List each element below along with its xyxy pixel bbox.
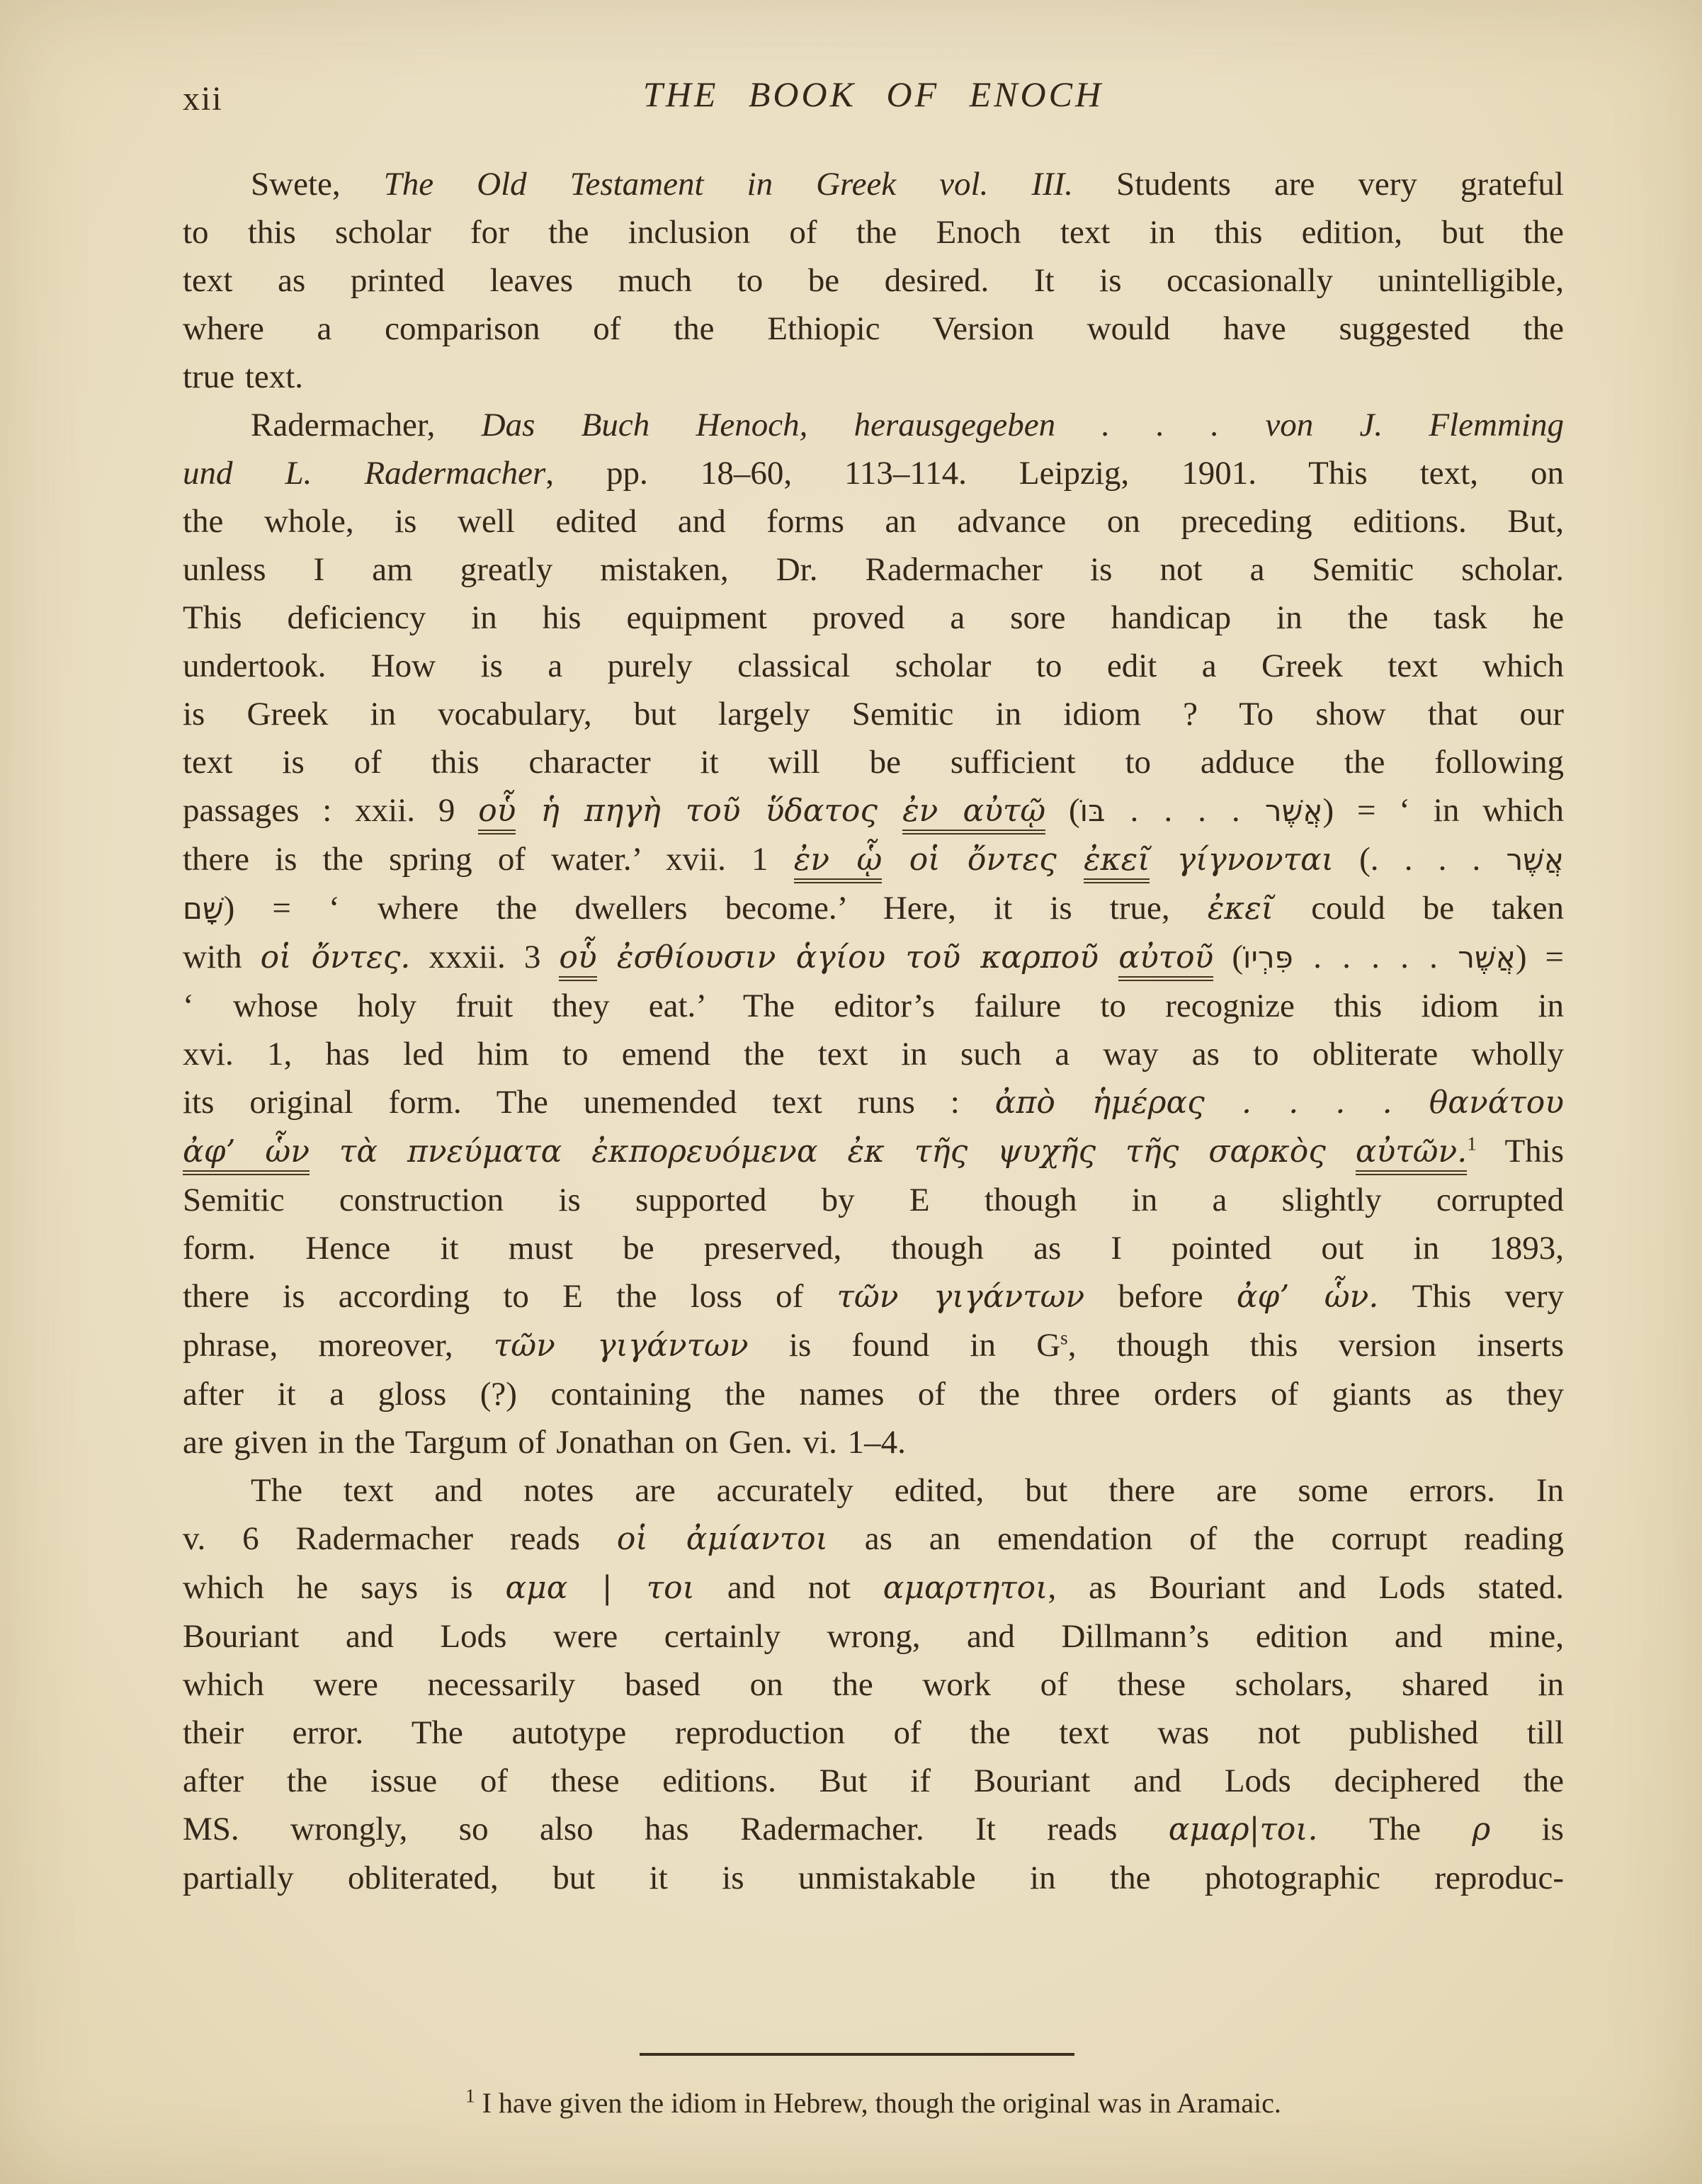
greek-text: οὗ (559, 939, 596, 981)
greek-text: τῶν γιγάντων (837, 1279, 1085, 1315)
greek-text: αμαρτητοι (883, 1570, 1048, 1606)
text-segment: form. Hence it must be preserved, though… (183, 1230, 1564, 1267)
text-line: text is of this character it will be suf… (183, 738, 1564, 786)
book-page: xii THE BOOK OF ENOCH Swete, The Old Tes… (0, 0, 1702, 2184)
text-segment: there is according to E the loss of (183, 1278, 837, 1315)
text-segment: ) = ‘ in which (1322, 792, 1564, 829)
text-segment: xvi. 1, has led him to emend the text in… (183, 1036, 1564, 1073)
hebrew-text: אֲשֶׁר . . . . בּוֹ (1080, 793, 1323, 828)
text-segment: Radermacher, (251, 407, 482, 443)
text-segment: is found in G (749, 1327, 1061, 1364)
text-segment: the whole, is well edited and forms an a… (183, 503, 1564, 540)
text-line: with οἱ ὄντες. xxxii. 3 οὗ ἐσθίουσιν ἁγί… (183, 933, 1564, 982)
text-line: its original form. The unemended text ru… (183, 1078, 1564, 1127)
text-line: their error. The autotype reproduction o… (183, 1709, 1564, 1757)
greek-text: ἐσθίουσιν ἁγίου τοῦ καρποῦ (597, 939, 1119, 975)
greek-text: οὗ (478, 793, 516, 834)
text-segment: ) = (1516, 939, 1564, 975)
text-line: passages : xxii. 9 οὗ ἡ πηγὴ τοῦ ὕδατος … (183, 786, 1564, 835)
greek-text: ρ (1472, 1811, 1490, 1848)
text-line: Swete, The Old Testament in Greek vol. I… (183, 160, 1564, 208)
text-segment: xxxii. 3 (410, 939, 559, 975)
greek-text: οἱ ἀμίαντοι (617, 1521, 828, 1557)
greek-text: ἀπὸ ἡμέρας . . . . θανάτου (995, 1085, 1564, 1121)
page-body: Swete, The Old Testament in Greek vol. I… (183, 160, 1564, 1902)
text-line: ἀφ’ ὧν τὰ πνεύματα ἐκπορευόμενα ἐκ τῆς ψ… (183, 1127, 1564, 1176)
text-segment: , as Bouriant and Lods stated. (1048, 1569, 1564, 1606)
text-segment: unless I am greatly mistaken, Dr. Raderm… (183, 551, 1564, 588)
text-segment: Students are very grateful (1073, 166, 1564, 203)
greek-text: τὰ πνεύματα ἐκπορευόμενα ἐκ τῆς ψυχῆς τῆ… (310, 1133, 1356, 1170)
text-segment: which he says is (183, 1569, 505, 1606)
text-segment: to this scholar for the inclusion of the… (183, 214, 1564, 251)
text-line: where a comparison of the Ethiopic Versi… (183, 305, 1564, 353)
text-segment: as an emendation of the corrupt reading (828, 1520, 1564, 1557)
text-segment: is (1490, 1811, 1564, 1848)
greek-text: ἐκεῖ (1208, 890, 1273, 927)
text-segment: after it a gloss (?) containing the name… (183, 1376, 1564, 1413)
text-segment: which were necessarily based on the work… (183, 1666, 1564, 1703)
hebrew-text: אֲשֶׁר (1506, 842, 1564, 877)
text-segment: after the issue of these editions. But i… (183, 1763, 1564, 1799)
text-line: is Greek in vocabulary, but largely Semi… (183, 690, 1564, 738)
text-line: are given in the Targum of Jonathan on G… (183, 1418, 1564, 1466)
text-segment: This very (1378, 1278, 1564, 1315)
greek-text: ἐκεῖ (1084, 842, 1150, 883)
text-segment: with (183, 939, 261, 975)
text-segment: its original form. The unemended text ru… (183, 1084, 995, 1121)
text-line: phrase, moreover, τῶν γιγάντων is found … (183, 1321, 1564, 1370)
text-line: ‘ whose holy fruit they eat.’ The editor… (183, 982, 1564, 1030)
text-segment: there is the spring of water.’ xvii. 1 (183, 841, 794, 878)
text-segment: The text and notes are accurately edited… (251, 1472, 1564, 1509)
greek-text: οἱ ὄντες. (261, 939, 411, 975)
text-segment: This deficiency in his equipment proved … (183, 599, 1564, 636)
text-line: unless I am greatly mistaken, Dr. Raderm… (183, 545, 1564, 594)
italic-title-text: Das Buch Henoch, herausgegeben . . . von… (482, 407, 1564, 443)
text-line: Semitic construction is supported by E t… (183, 1176, 1564, 1224)
text-line: which were necessarily based on the work… (183, 1660, 1564, 1709)
text-line: The text and notes are accurately edited… (183, 1466, 1564, 1515)
text-line: v. 6 Radermacher reads οἱ ἀμίαντοι as an… (183, 1515, 1564, 1563)
text-line: the whole, is well edited and forms an a… (183, 497, 1564, 545)
text-segment: , though this version inserts (1068, 1327, 1564, 1364)
text-line: partially obliterated, but it is unmista… (183, 1854, 1564, 1902)
footnote-marker: 1 (465, 2086, 475, 2107)
footnote-text: I have given the idiom in Hebrew, though… (475, 2087, 1281, 2119)
greek-text: τῶν γιγάντων (494, 1328, 749, 1364)
text-segment: where a comparison of the Ethiopic Versi… (183, 310, 1564, 347)
footnote-rule (640, 2053, 1074, 2056)
text-segment: The (1318, 1811, 1473, 1848)
text-segment: Semitic construction is supported by E t… (183, 1182, 1564, 1218)
text-line: undertook. How is a purely classical sch… (183, 642, 1564, 690)
text-segment: their error. The autotype reproduction o… (183, 1714, 1564, 1751)
text-line: xvi. 1, has led him to emend the text in… (183, 1030, 1564, 1078)
superscript-marker: 1 (1467, 1133, 1477, 1154)
greek-text: αμαρ|τοι. (1169, 1811, 1318, 1848)
greek-text: αμα | τοι (505, 1570, 694, 1606)
text-line: This deficiency in his equipment proved … (183, 594, 1564, 642)
greek-text: γίγνονται (1150, 842, 1334, 878)
text-segment: text is of this character it will be suf… (183, 744, 1564, 781)
text-segment: before (1084, 1278, 1237, 1315)
text-segment: v. 6 Radermacher reads (183, 1520, 617, 1557)
text-segment: MS. wrongly, so also has Radermacher. It… (183, 1811, 1169, 1848)
text-line: MS. wrongly, so also has Radermacher. It… (183, 1805, 1564, 1854)
text-line: text as printed leaves much to be desire… (183, 256, 1564, 305)
greek-text: ἀφ’ ὧν. (1237, 1279, 1379, 1315)
greek-text: αὐτῶν. (1356, 1133, 1467, 1175)
greek-text: ἐν ᾧ (794, 842, 883, 883)
text-segment: is Greek in vocabulary, but largely Semi… (183, 696, 1564, 732)
text-segment: Swete, (251, 166, 384, 203)
text-segment: ( (1045, 792, 1079, 829)
text-segment: This (1477, 1133, 1564, 1170)
running-title: THE BOOK OF ENOCH (183, 74, 1564, 115)
text-line: und L. Radermacher, pp. 18–60, 113–114. … (183, 449, 1564, 497)
text-segment: undertook. How is a purely classical sch… (183, 647, 1564, 684)
footnote: 1 I have given the idiom in Hebrew, thou… (183, 2086, 1564, 2120)
text-segment: could be taken (1273, 890, 1564, 927)
text-segment: ) = ‘ where the dwellers become.’ Here, … (224, 890, 1208, 927)
hebrew-text: שָׁם (183, 891, 224, 926)
text-line: there is according to E the loss of τῶν … (183, 1272, 1564, 1321)
italic-title-text: und L. Radermacher (183, 455, 545, 492)
text-segment: partially obliterated, but it is unmista… (183, 1860, 1564, 1896)
text-segment: Bouriant and Lods were certainly wrong, … (183, 1618, 1564, 1655)
text-segment: phrase, moreover, (183, 1327, 494, 1364)
text-segment: are given in the Targum of Jonathan on G… (183, 1424, 906, 1461)
text-segment: text as printed leaves much to be desire… (183, 262, 1564, 299)
italic-title-text: The Old Testament in Greek vol. III. (384, 166, 1073, 203)
text-line: to this scholar for the inclusion of the… (183, 208, 1564, 256)
text-line: שָׁם) = ‘ where the dwellers become.’ He… (183, 884, 1564, 933)
text-line: true text. (183, 353, 1564, 401)
text-segment: (. . . . (1334, 841, 1506, 878)
text-line: form. Hence it must be preserved, though… (183, 1224, 1564, 1272)
text-line: Bouriant and Lods were certainly wrong, … (183, 1612, 1564, 1660)
text-line: after the issue of these editions. But i… (183, 1757, 1564, 1805)
text-line: there is the spring of water.’ xvii. 1 ἐ… (183, 835, 1564, 884)
text-segment: ( (1213, 939, 1243, 975)
text-line: Radermacher, Das Buch Henoch, herausgege… (183, 401, 1564, 449)
text-segment: and not (695, 1569, 883, 1606)
text-segment: , pp. 18–60, 113–114. Leipzig, 1901. Thi… (545, 455, 1564, 492)
greek-text: ἀφ’ ὧν (183, 1133, 310, 1175)
text-line: which he says is αμα | τοι and not αμαρτ… (183, 1563, 1564, 1612)
greek-text: ἐν αὐτῷ (902, 793, 1045, 834)
text-line: after it a gloss (?) containing the name… (183, 1370, 1564, 1418)
superscript-marker: s (1060, 1327, 1068, 1348)
greek-text: αὐτοῦ (1118, 939, 1213, 981)
greek-text: ἡ πηγὴ τοῦ ὕδατος (516, 793, 902, 829)
text-segment: true text. (183, 358, 303, 395)
greek-text: οἱ ὄντες (882, 842, 1084, 878)
text-segment: passages : xxii. 9 (183, 792, 478, 829)
text-segment: ‘ whose holy fruit they eat.’ The editor… (183, 988, 1564, 1024)
hebrew-text: אֲשֶׁר . . . . . פִּרְיוֹ (1243, 940, 1516, 975)
